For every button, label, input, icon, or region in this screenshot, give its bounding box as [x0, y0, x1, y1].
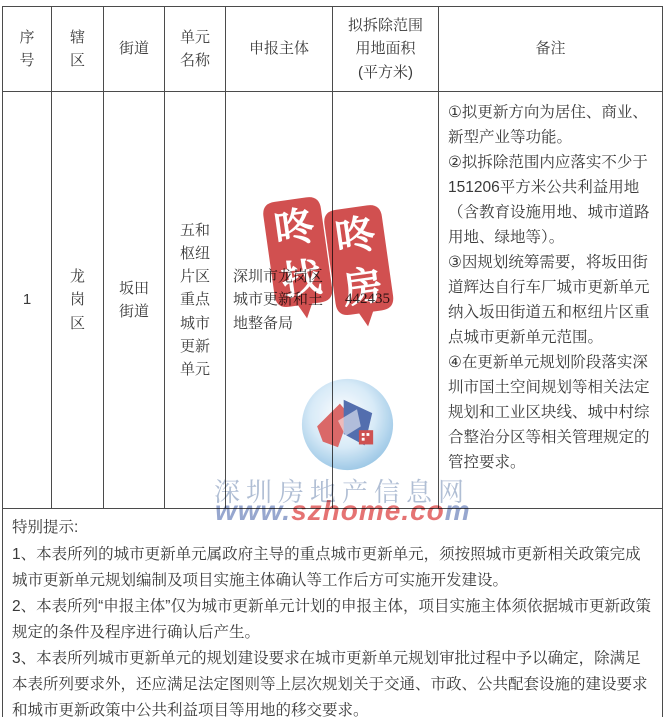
special-notes-row: 特别提示: 1、本表所列的城市更新单元属政府主导的重点城市更新单元，须按照城市更…	[3, 509, 663, 717]
cell-area: 442435	[333, 92, 439, 509]
remark-paragraph: ④在更新单元规划阶段落实深圳市国土空间规划等相关法定规划和工业区块线、城中村综合…	[448, 350, 650, 475]
column-header-unit-name: 单元 名称	[165, 7, 226, 92]
special-notes-cell: 特别提示: 1、本表所列的城市更新单元属政府主导的重点城市更新单元，须按照城市更…	[3, 509, 663, 717]
column-header-area: 拟拆除范围 用地面积 (平方米)	[333, 7, 439, 92]
special-note-item: 2、本表所列“申报主体”仅为城市更新单元计划的申报主体，项目实施主体须依据城市更…	[12, 594, 654, 646]
column-header-remarks: 备注	[439, 7, 663, 92]
special-note-item: 3、本表所列城市更新单元的规划建设要求在城市更新单元规划审批过程中予以确定，除满…	[12, 646, 654, 717]
document-page: 序 号 辖 区 街道 单元 名称 申报主体 拟拆除范围 用地面积 (平方米) 备…	[0, 0, 666, 717]
cell-remarks: ①拟更新方向为居住、商业、新型产业等功能。②拟拆除范围内应落实不少于151206…	[439, 92, 663, 509]
column-header-district: 辖 区	[52, 7, 104, 92]
cell-applicant: 深圳市龙岗区 城市更新和土 地整备局	[226, 92, 333, 509]
special-notes-list: 1、本表所列的城市更新单元属政府主导的重点城市更新单元，须按照城市更新相关政策完…	[12, 542, 654, 717]
column-header-applicant: 申报主体	[226, 7, 333, 92]
renewal-units-table: 序 号 辖 区 街道 单元 名称 申报主体 拟拆除范围 用地面积 (平方米) 备…	[2, 6, 663, 717]
column-header-street: 街道	[104, 7, 165, 92]
cell-seq: 1	[3, 92, 52, 509]
special-notes-title: 特别提示:	[12, 515, 654, 541]
column-header-seq: 序 号	[3, 7, 52, 92]
table-row: 1 龙 岗 区 坂田 街道 五和 枢纽 片区 重点 城市 更新 单元 深圳市龙岗…	[3, 92, 663, 509]
special-note-item: 1、本表所列的城市更新单元属政府主导的重点城市更新单元，须按照城市更新相关政策完…	[12, 542, 654, 594]
cell-street: 坂田 街道	[104, 92, 165, 509]
cell-unit-name: 五和 枢纽 片区 重点 城市 更新 单元	[165, 92, 226, 509]
cell-district: 龙 岗 区	[52, 92, 104, 509]
remark-paragraph: ③因规划统筹需要，将坂田街道辉达自行车厂城市更新单元纳入坂田街道五和枢纽片区重点…	[448, 250, 650, 350]
remark-paragraph: ①拟更新方向为居住、商业、新型产业等功能。	[448, 100, 650, 150]
table-header-row: 序 号 辖 区 街道 单元 名称 申报主体 拟拆除范围 用地面积 (平方米) 备…	[3, 7, 663, 92]
remark-paragraph: ②拟拆除范围内应落实不少于151206平方米公共利益用地（含教育设施用地、城市道…	[448, 150, 650, 250]
